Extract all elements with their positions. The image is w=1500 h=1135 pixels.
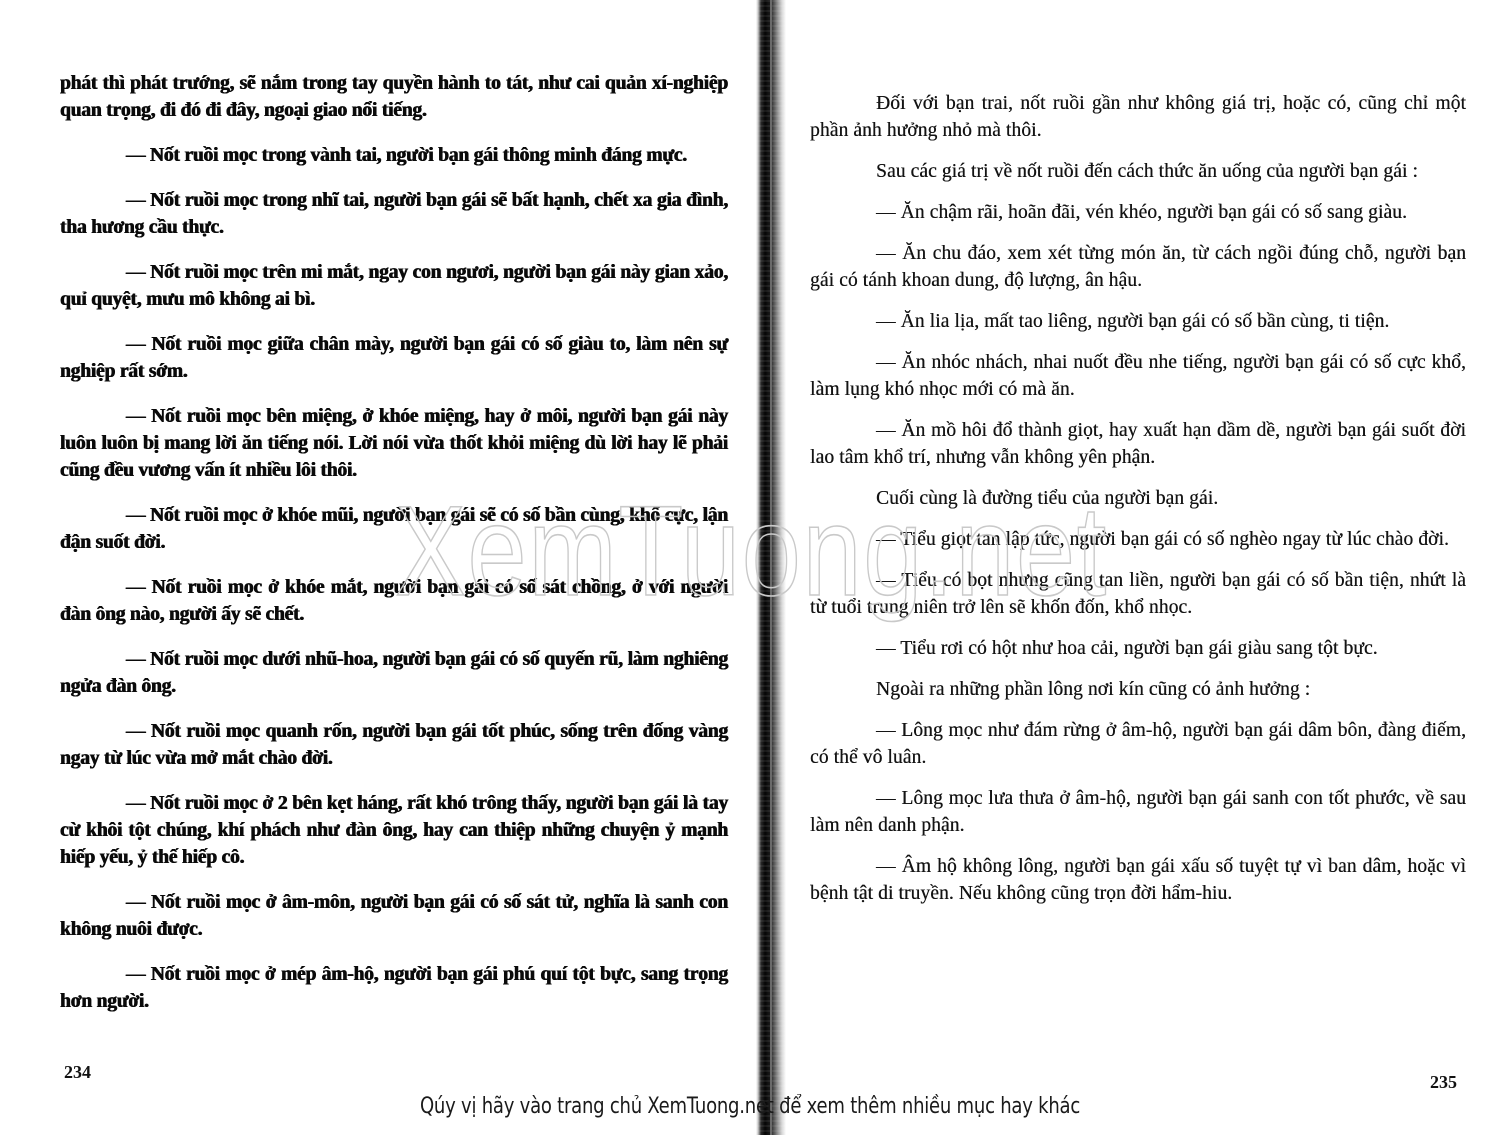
paragraph: — Tiểu rơi có hột như hoa cải, người bạn… bbox=[810, 635, 1466, 662]
paragraph: — Nốt ruồi mọc ở khóe mắt, người bạn gái… bbox=[60, 574, 728, 628]
paragraph: — Lông mọc như đám rừng ở âm-hộ, người b… bbox=[810, 717, 1466, 771]
page-number-left: 234 bbox=[64, 1062, 91, 1083]
right-page: Đối với bạn trai, nốt ruồi gần như không… bbox=[782, 0, 1500, 1135]
book-spread: phát thì phát trướng, sẽ nắm trong tay q… bbox=[0, 0, 1500, 1135]
paragraph: — Nốt ruồi mọc bên miệng, ở khóe miệng, … bbox=[60, 403, 728, 484]
paragraph: — Nốt ruồi mọc ở khóe mũi, người bạn gái… bbox=[60, 502, 728, 556]
paragraph: Ngoài ra những phần lông nơi kín cũng có… bbox=[810, 676, 1466, 703]
paragraph: — Tiểu giọt tan lập tức, người bạn gái c… bbox=[810, 526, 1466, 553]
left-page: phát thì phát trướng, sẽ nắm trong tay q… bbox=[0, 0, 758, 1135]
paragraph: — Nốt ruồi mọc ở âm-môn, người bạn gái c… bbox=[60, 889, 728, 943]
paragraph: — Ăn chu đáo, xem xét từng món ăn, từ cá… bbox=[810, 240, 1466, 294]
paragraph: Cuối cùng là đường tiểu của người bạn gá… bbox=[810, 485, 1466, 512]
paragraph: — Nốt ruồi mọc trong nhĩ tai, người bạn … bbox=[60, 187, 728, 241]
paragraph: — Lông mọc lưa thưa ở âm-hộ, người bạn g… bbox=[810, 785, 1466, 839]
paragraph: — Tiểu có bọt nhưng cũng tan liền, người… bbox=[810, 567, 1466, 621]
paragraph: — Ăn mồ hôi đổ thành giọt, hay xuất hạn … bbox=[810, 417, 1466, 471]
paragraph: Đối với bạn trai, nốt ruồi gần như không… bbox=[810, 90, 1466, 144]
paragraph: — Nốt ruồi mọc ở 2 bên kẹt háng, rất khó… bbox=[60, 790, 728, 871]
paragraph: — Nốt ruồi mọc ở mép âm-hộ, người bạn gá… bbox=[60, 961, 728, 1015]
paragraph: phát thì phát trướng, sẽ nắm trong tay q… bbox=[60, 70, 728, 124]
paragraph: — Âm hộ không lông, người bạn gái xấu số… bbox=[810, 853, 1466, 907]
paragraph: — Nốt ruồi mọc trên mi mắt, ngay con ngư… bbox=[60, 259, 728, 313]
site-promo-caption: Qúy vị hãy vào trang chủ XemTuong.net để… bbox=[135, 1094, 1365, 1119]
paragraph: — Ăn lia lịa, mất tao liêng, người bạn g… bbox=[810, 308, 1466, 335]
paragraph: Sau các giá trị về nốt ruồi đến cách thứ… bbox=[810, 158, 1466, 185]
paragraph: — Nốt ruồi mọc quanh rốn, người bạn gái … bbox=[60, 718, 728, 772]
page-number-right: 235 bbox=[1430, 1072, 1457, 1093]
paragraph: — Ăn chậm rãi, hoãn đãi, vén khéo, người… bbox=[810, 199, 1466, 226]
paragraph: — Nốt ruồi mọc trong vành tai, người bạn… bbox=[60, 142, 728, 169]
paragraph: — Nốt ruồi mọc dưới nhũ-hoa, người bạn g… bbox=[60, 646, 728, 700]
paragraph: — Ăn nhóc nhách, nhai nuốt đều nhe tiếng… bbox=[810, 349, 1466, 403]
paragraph: — Nốt ruồi mọc giữa chân mày, người bạn … bbox=[60, 331, 728, 385]
